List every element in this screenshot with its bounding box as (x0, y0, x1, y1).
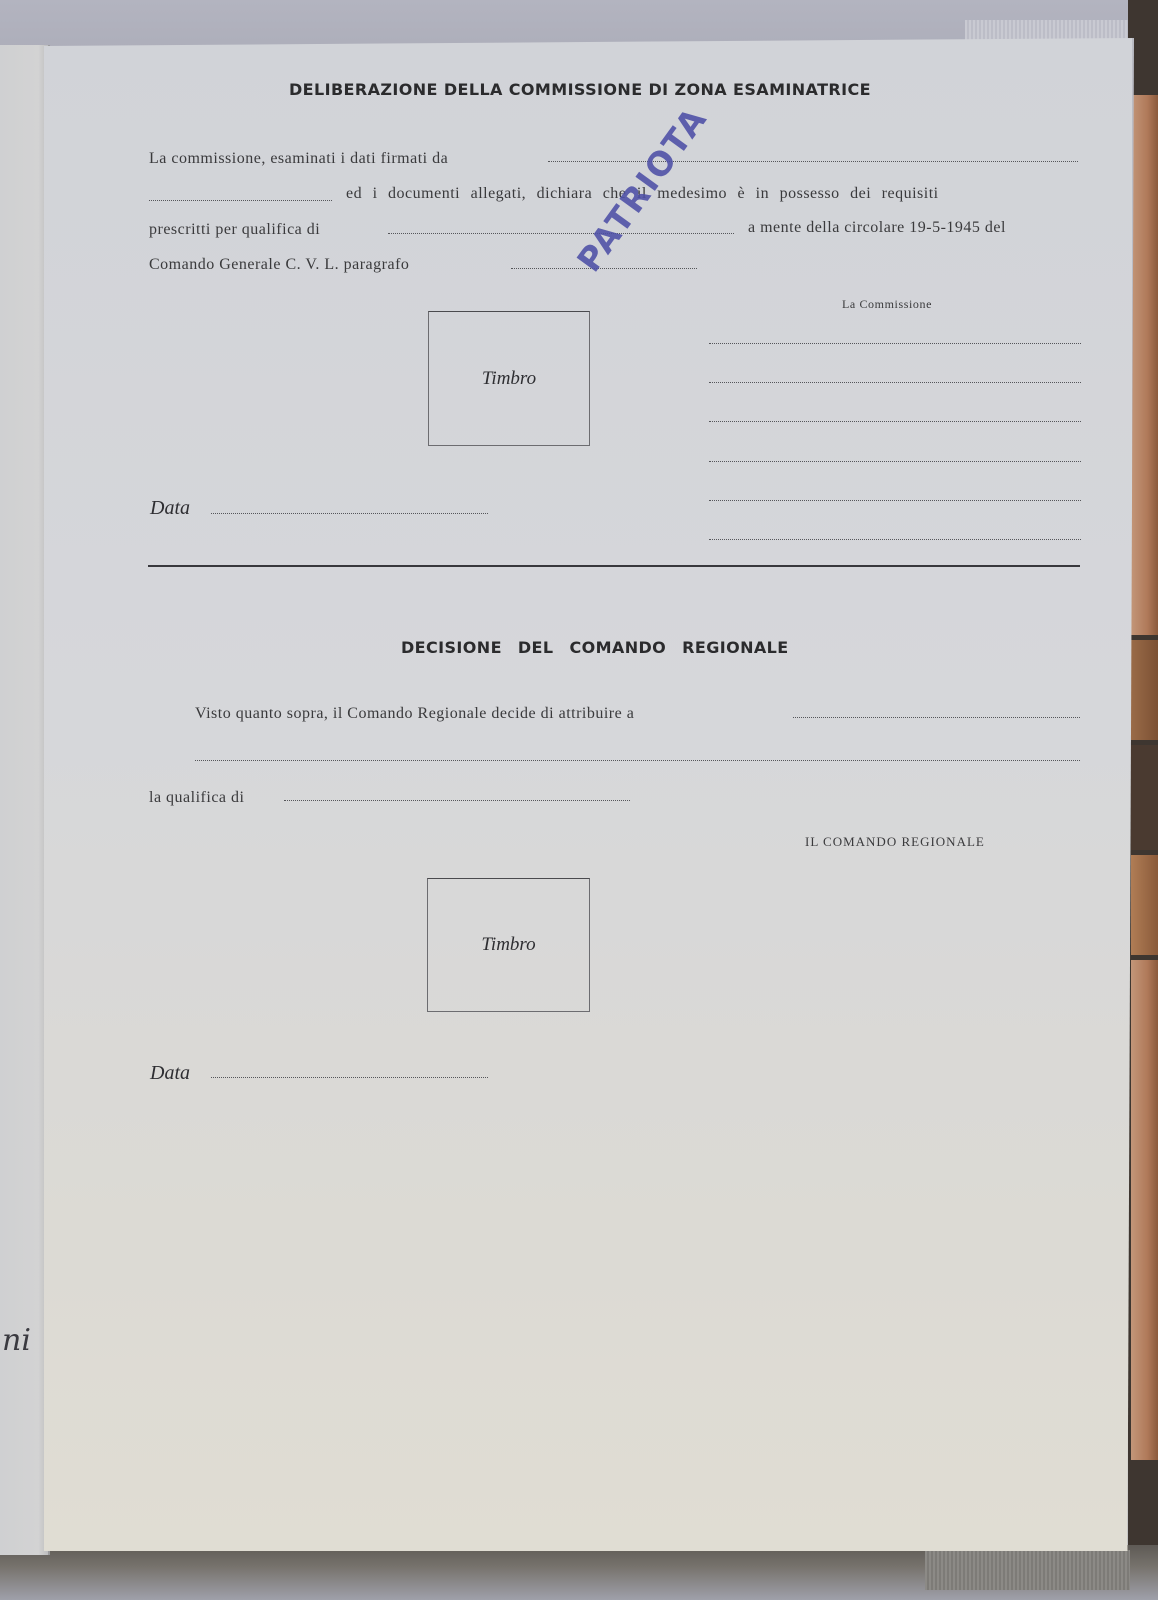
recipient-field-continued[interactable] (195, 760, 1080, 761)
date-label-regional: Data (150, 1062, 190, 1085)
commission-label: La Commissione (842, 297, 932, 312)
commission-signature-line-3[interactable] (709, 421, 1081, 422)
commission-signature-line-5[interactable] (709, 500, 1081, 501)
previous-page-edge: ni (0, 45, 50, 1555)
signed-by-field[interactable] (548, 161, 1078, 162)
commission-text-line-1: La commissione, esaminati i dati firmati… (149, 150, 448, 168)
commission-text-line-3-right: a mente della circolare 19-5-1945 del (748, 219, 1006, 237)
decision-text-line-1: Visto quanto sopra, il Comando Regionale… (195, 705, 634, 723)
date-field-regional[interactable] (211, 1077, 488, 1078)
ribbon-bookmark-bottom (925, 1550, 1130, 1590)
book-edge (1131, 855, 1158, 955)
qualification-field[interactable] (388, 233, 734, 234)
stamp-box-label: Timbro (429, 368, 589, 390)
date-label-commission: Data (150, 497, 190, 520)
handwriting-fragment: ni (2, 1323, 31, 1358)
book-edge (1131, 95, 1158, 635)
commission-signature-line-6[interactable] (709, 539, 1081, 540)
section-divider (148, 565, 1080, 567)
commission-signature-line-2[interactable] (709, 382, 1081, 383)
assigned-qualification-field[interactable] (284, 800, 630, 801)
stamp-box-label: Timbro (428, 934, 589, 956)
commission-signature-line-1[interactable] (709, 343, 1081, 344)
authority-label: IL COMANDO REGIONALE (805, 834, 985, 850)
commission-text-line-4: Comando Generale C. V. L. paragrafo (149, 256, 409, 274)
signed-by-field-continued[interactable] (149, 200, 332, 201)
stamp-box-regional: Timbro (427, 878, 590, 1012)
book-edge (1131, 960, 1158, 1460)
section-title-decisione: DECISIONE DEL COMANDO REGIONALE (401, 638, 789, 657)
recipient-field[interactable] (793, 717, 1080, 718)
decision-text-line-3: la qualifica di (149, 789, 244, 807)
date-field-commission[interactable] (211, 513, 488, 514)
commission-text-line-3-left: prescritti per qualifica di (149, 221, 320, 239)
book-edge (1131, 745, 1158, 850)
stamp-box-commission: Timbro (428, 311, 590, 446)
commission-signature-line-4[interactable] (709, 461, 1081, 462)
section-title-deliberazione: DELIBERAZIONE DELLA COMMISSIONE DI ZONA … (289, 80, 871, 99)
book-edge (1131, 640, 1158, 740)
